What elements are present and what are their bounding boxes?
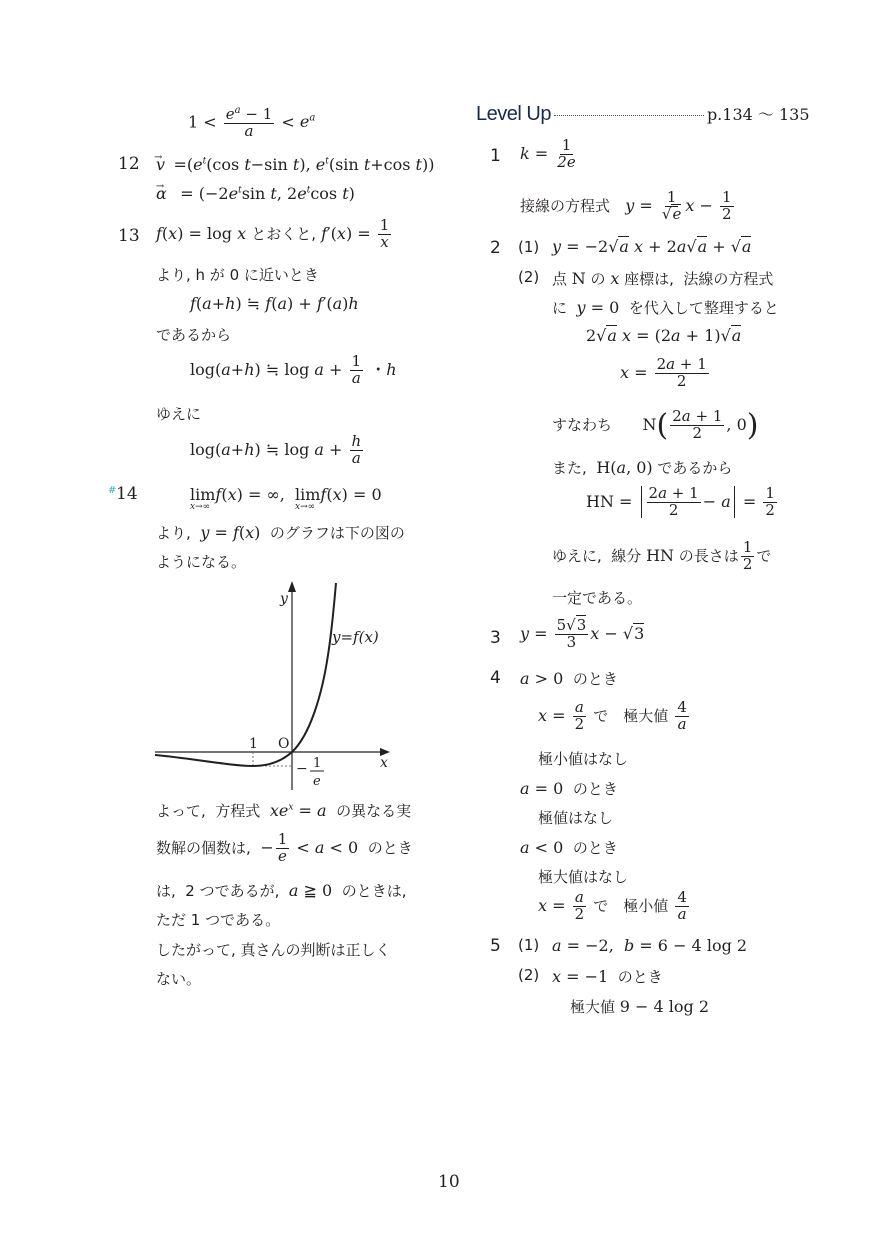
r-q4-case2: a = 0 のとき — [520, 778, 618, 799]
r-q2-number: 2 — [490, 238, 501, 258]
r-q2-p2-eq1: 2√a x = (2a + 1)√a — [586, 326, 741, 345]
q13-line1: f(x) = log x とおくと, f′(x) = 1x — [156, 218, 393, 251]
r-q2-p2-hn: HN = 2a + 12− a = 12 — [586, 486, 779, 519]
r-q4-number: 4 — [490, 668, 501, 688]
r-q2-p2-line4: また, H(a, 0) であるから — [552, 457, 732, 478]
r-q4-case3-line2: x = a2 で 極小値 4a — [538, 890, 691, 923]
q13-line2: より, h が 0 に近いとき — [156, 264, 319, 285]
r-q5-p1-eq: a = −2, b = 6 − 4 log 2 — [552, 936, 747, 955]
q13-number: 13 — [118, 226, 140, 246]
q14-conclusion-5: したがって, 真さんの判断は正しく — [156, 939, 391, 960]
y-axis-arrow-icon — [288, 581, 296, 592]
r-q4-case1-line2: 極小値はなし — [538, 748, 628, 769]
r-q4-case1: a > 0 のとき — [520, 668, 618, 689]
q13-line5: log(a+h) ≒ log a + 1a ・h — [190, 354, 397, 387]
r-q3-number: 3 — [490, 628, 501, 648]
q12-number: 12 — [118, 154, 140, 174]
q13-line7: log(a+h) ≒ log a + ha — [190, 434, 365, 467]
q13-line6: ゆえに — [156, 403, 201, 424]
q14-conclusion-6: ない。 — [156, 968, 201, 989]
r-q1-tangent: 接線の方程式 y = 1√ex − 12 — [520, 190, 736, 223]
q14-conclusion-2: 数解の個数は, −1e < a < 0 のとき — [156, 832, 413, 865]
page-range: p.134 〜 135 — [707, 105, 810, 124]
svg-text:e: e — [313, 774, 321, 789]
r-q4-case1-line1: x = a2 で 極大値 4a — [538, 700, 691, 733]
q14-conclusion-3: は, 2 つであるが, a ≧ 0 のときは, — [156, 880, 407, 901]
r-q5-p2-label: (2) — [518, 966, 539, 984]
r-q5-number: 5 — [490, 936, 501, 956]
leader-dots — [554, 115, 704, 116]
q14-conclusion-1: よって, 方程式 xex = a の異なる実 — [156, 800, 411, 821]
r-q5-p2-eq: x = −1 のとき — [552, 966, 663, 987]
r-q2-p1-eq: y = −2√a x + 2a√a + √a — [552, 237, 751, 256]
r-q2-p2-label: (2) — [518, 268, 539, 286]
q14-number: 14 — [116, 484, 138, 504]
svg-text:1: 1 — [249, 736, 258, 752]
section-header: Level Upp.134 〜 135 — [476, 102, 810, 126]
q14-limits: limx→∞f(x) = ∞, limx→∞f(x) = 0 — [190, 485, 382, 504]
q14-text2: ようになる。 — [156, 551, 246, 572]
r-q1-k: k = 12e — [520, 138, 580, 171]
r-q4-case2-line1: 極値はなし — [538, 807, 613, 828]
r-q5-p2-line2: 極大値 9 − 4 log 2 — [570, 996, 709, 1017]
q13-line3: f(a+h) ≒ f(a) + f′(a)h — [190, 294, 359, 313]
r-q4-case3-line1: 極大値はなし — [538, 866, 628, 887]
svg-text:1: 1 — [313, 756, 321, 771]
r-q2-p2-point: すなわち N(2a + 12, 0) — [552, 408, 758, 443]
q13-line4: であるから — [156, 324, 231, 345]
r-q5-p1-label: (1) — [518, 936, 539, 954]
svg-text:O: O — [278, 736, 289, 752]
r-q3-eq: y = 5√33x − √3 — [520, 618, 644, 651]
r-q1-number: 1 — [490, 146, 501, 166]
r-q2-p2-eq2: x = 2a + 12 — [620, 357, 711, 390]
page-number: 10 — [438, 1172, 460, 1192]
function-graph: y x O 1 y=f(x) − 1 e — [150, 575, 400, 795]
svg-text:y=f(x): y=f(x) — [331, 628, 379, 646]
r-q2-p2-line5: ゆえに, 線分 HN の長さは12で — [552, 540, 771, 573]
q12-acceleration: α→ = (−2etsin t, 2etcos t) — [156, 184, 355, 203]
r-q2-p1-label: (1) — [518, 238, 539, 256]
r-q4-case3: a < 0 のとき — [520, 837, 618, 858]
q14-conclusion-4: ただ 1 つである。 — [156, 909, 280, 930]
svg-text:x: x — [380, 755, 388, 771]
q12-velocity: v→=(et(cos t−sin t), et(sin t+cos t)) — [156, 155, 434, 174]
section-title: Level Up — [476, 103, 551, 125]
inequality-top: 1 < ea − 1a < ea — [188, 106, 315, 140]
q14-text1: より, y = f(x) のグラフは下の図の — [156, 522, 405, 543]
r-q2-p2-line1: 点 N の x 座標は, 法線の方程式 — [552, 268, 773, 289]
r-q2-p2-line2: に y = 0 を代入して整理すると — [552, 297, 779, 318]
svg-text:−: − — [296, 761, 308, 777]
svg-text:y: y — [279, 591, 289, 607]
r-q2-p2-line6: 一定である。 — [552, 587, 642, 608]
